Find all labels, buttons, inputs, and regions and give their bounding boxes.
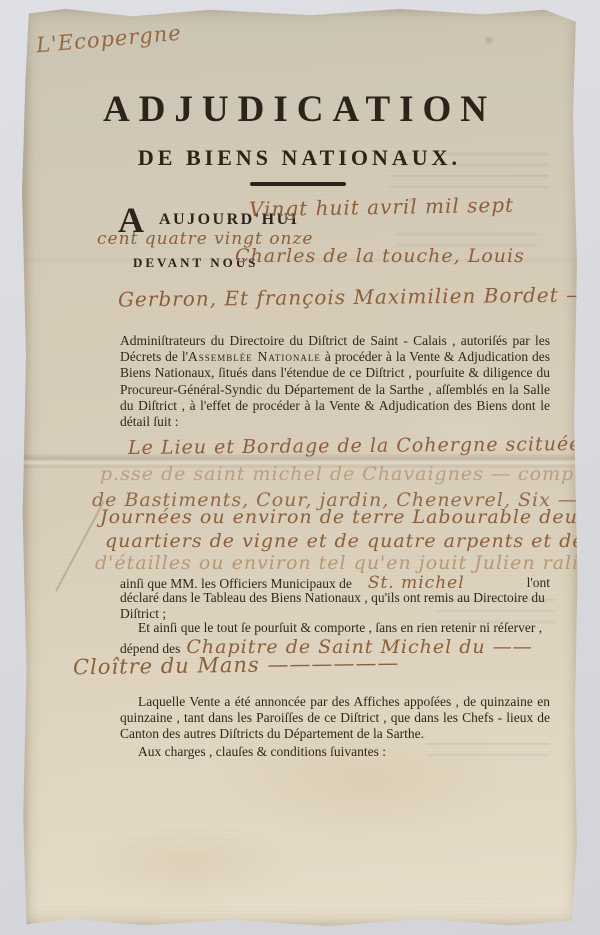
handwritten-officials-line2: Gerbron, Et françois Maximilien Bordet — (118, 283, 587, 312)
photo-background: { "colors": { "background": "#d9dade", "… (0, 0, 600, 935)
announcement-paragraph: Laquelle Vente a été annoncée par des Af… (120, 694, 550, 743)
conditions-line: Aux charges , clauſes & conditions ſuiva… (138, 744, 386, 760)
assemblee-nationale-smallcaps: Assemblée Nationale (188, 349, 321, 364)
title-rule (250, 182, 346, 186)
pursuit-line: Et ainſi que le tout ſe pourſuit & compo… (138, 620, 542, 636)
handwritten-property-line2: p.sse de saint michel de Chavaignes — co… (100, 463, 600, 485)
handwritten-property-line6: d'étailles ou environ tel qu'en jouit Ju… (95, 552, 591, 574)
handwritten-property-line1: Le Lieu et Bordage de la Cohergne scitué… (128, 433, 582, 459)
administrators-paragraph: Adminiſtrateurs du Directoire du Diſtric… (120, 333, 550, 430)
officers-printed-post: l'ont (527, 575, 550, 591)
diagonal-crease (55, 501, 104, 592)
handwritten-property-line5: quartiers de vigne et de quatre arpents … (105, 530, 600, 552)
document-title: ADJUDICATION (21, 88, 578, 131)
officers-printed-pre: ainſi que MM. les Officiers Municipaux d… (120, 576, 352, 591)
handwritten-date-line1: Vingt huit avril mil sept (249, 193, 514, 222)
declared-line-1: déclaré dans le Tableau des Biens Nation… (120, 590, 545, 606)
ink-bleed-through (427, 743, 549, 761)
document-paper: L'Ecopergne ADJUDICATION DE BIENS NATION… (21, 7, 578, 928)
document-subtitle: DE BIENS NATIONAUX. (21, 145, 578, 171)
handwritten-property-line4: Journées ou environ de terre Labourable … (100, 506, 590, 528)
handwritten-officials-line1: Charles de la touche, Louis (235, 245, 525, 267)
handwritten-cloitre-line: Cloître du Mans —————— (73, 651, 400, 680)
handwritten-annotation: L'Ecopergne (35, 21, 182, 58)
